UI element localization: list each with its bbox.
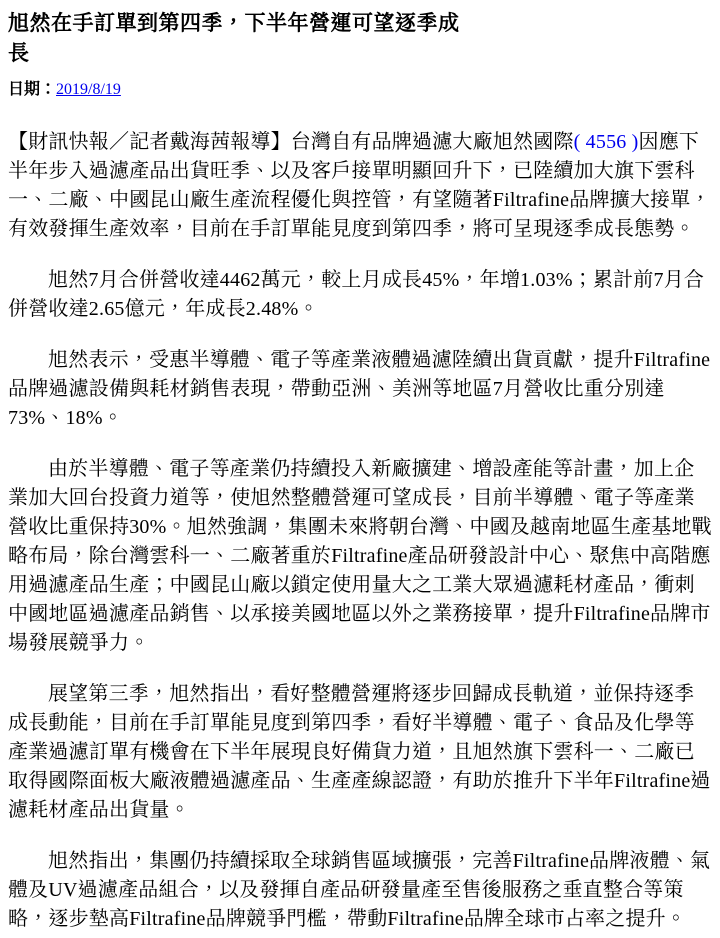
date-row: 日期：2019/8/19 <box>8 80 712 100</box>
paragraph-lead: 【財訊快報／記者戴海茜報導】台灣自有品牌過濾大廠旭然國際( 4556 )因應下半… <box>8 128 712 244</box>
paragraph-outlook: 展望第三季，旭然指出，看好整體營運將逐步回歸成長軌道，並保持逐季成長動能，目前在… <box>8 680 712 825</box>
paragraph-revenue: 旭然7月合併營收達4462萬元，較上月成長45%，年增1.03%；累計前7月合併… <box>8 266 712 324</box>
paragraph-regions: 旭然表示，受惠半導體、電子等產業液體過濾陸續出貨貢獻，提升Filtrafine品… <box>8 346 712 433</box>
stock-ticker-link[interactable]: ( 4556 ) <box>574 131 639 153</box>
date-label: 日期： <box>8 81 56 98</box>
news-article: 旭然在手訂單到第四季，下半年營運可望逐季成長 日期：2019/8/19 【財訊快… <box>0 0 720 938</box>
lead-text-before-ticker: 【財訊快報／記者戴海茜報導】台灣自有品牌過濾大廠旭然國際 <box>8 131 574 153</box>
date-link[interactable]: 2019/8/19 <box>56 81 121 98</box>
paragraph-strategy: 由於半導體、電子等產業仍持續投入新廠擴建、增設產能等計畫，加上企業加大回台投資力… <box>8 455 712 658</box>
article-page: { "article": { "title": "旭然在手訂單到第四季，下半年營… <box>0 0 720 938</box>
article-title: 旭然在手訂單到第四季，下半年營運可望逐季成長 <box>8 8 478 68</box>
paragraph-global-expansion: 旭然指出，集團仍持續採取全球銷售區域擴張，完善Filtrafine品牌液體、氣體… <box>8 847 712 934</box>
